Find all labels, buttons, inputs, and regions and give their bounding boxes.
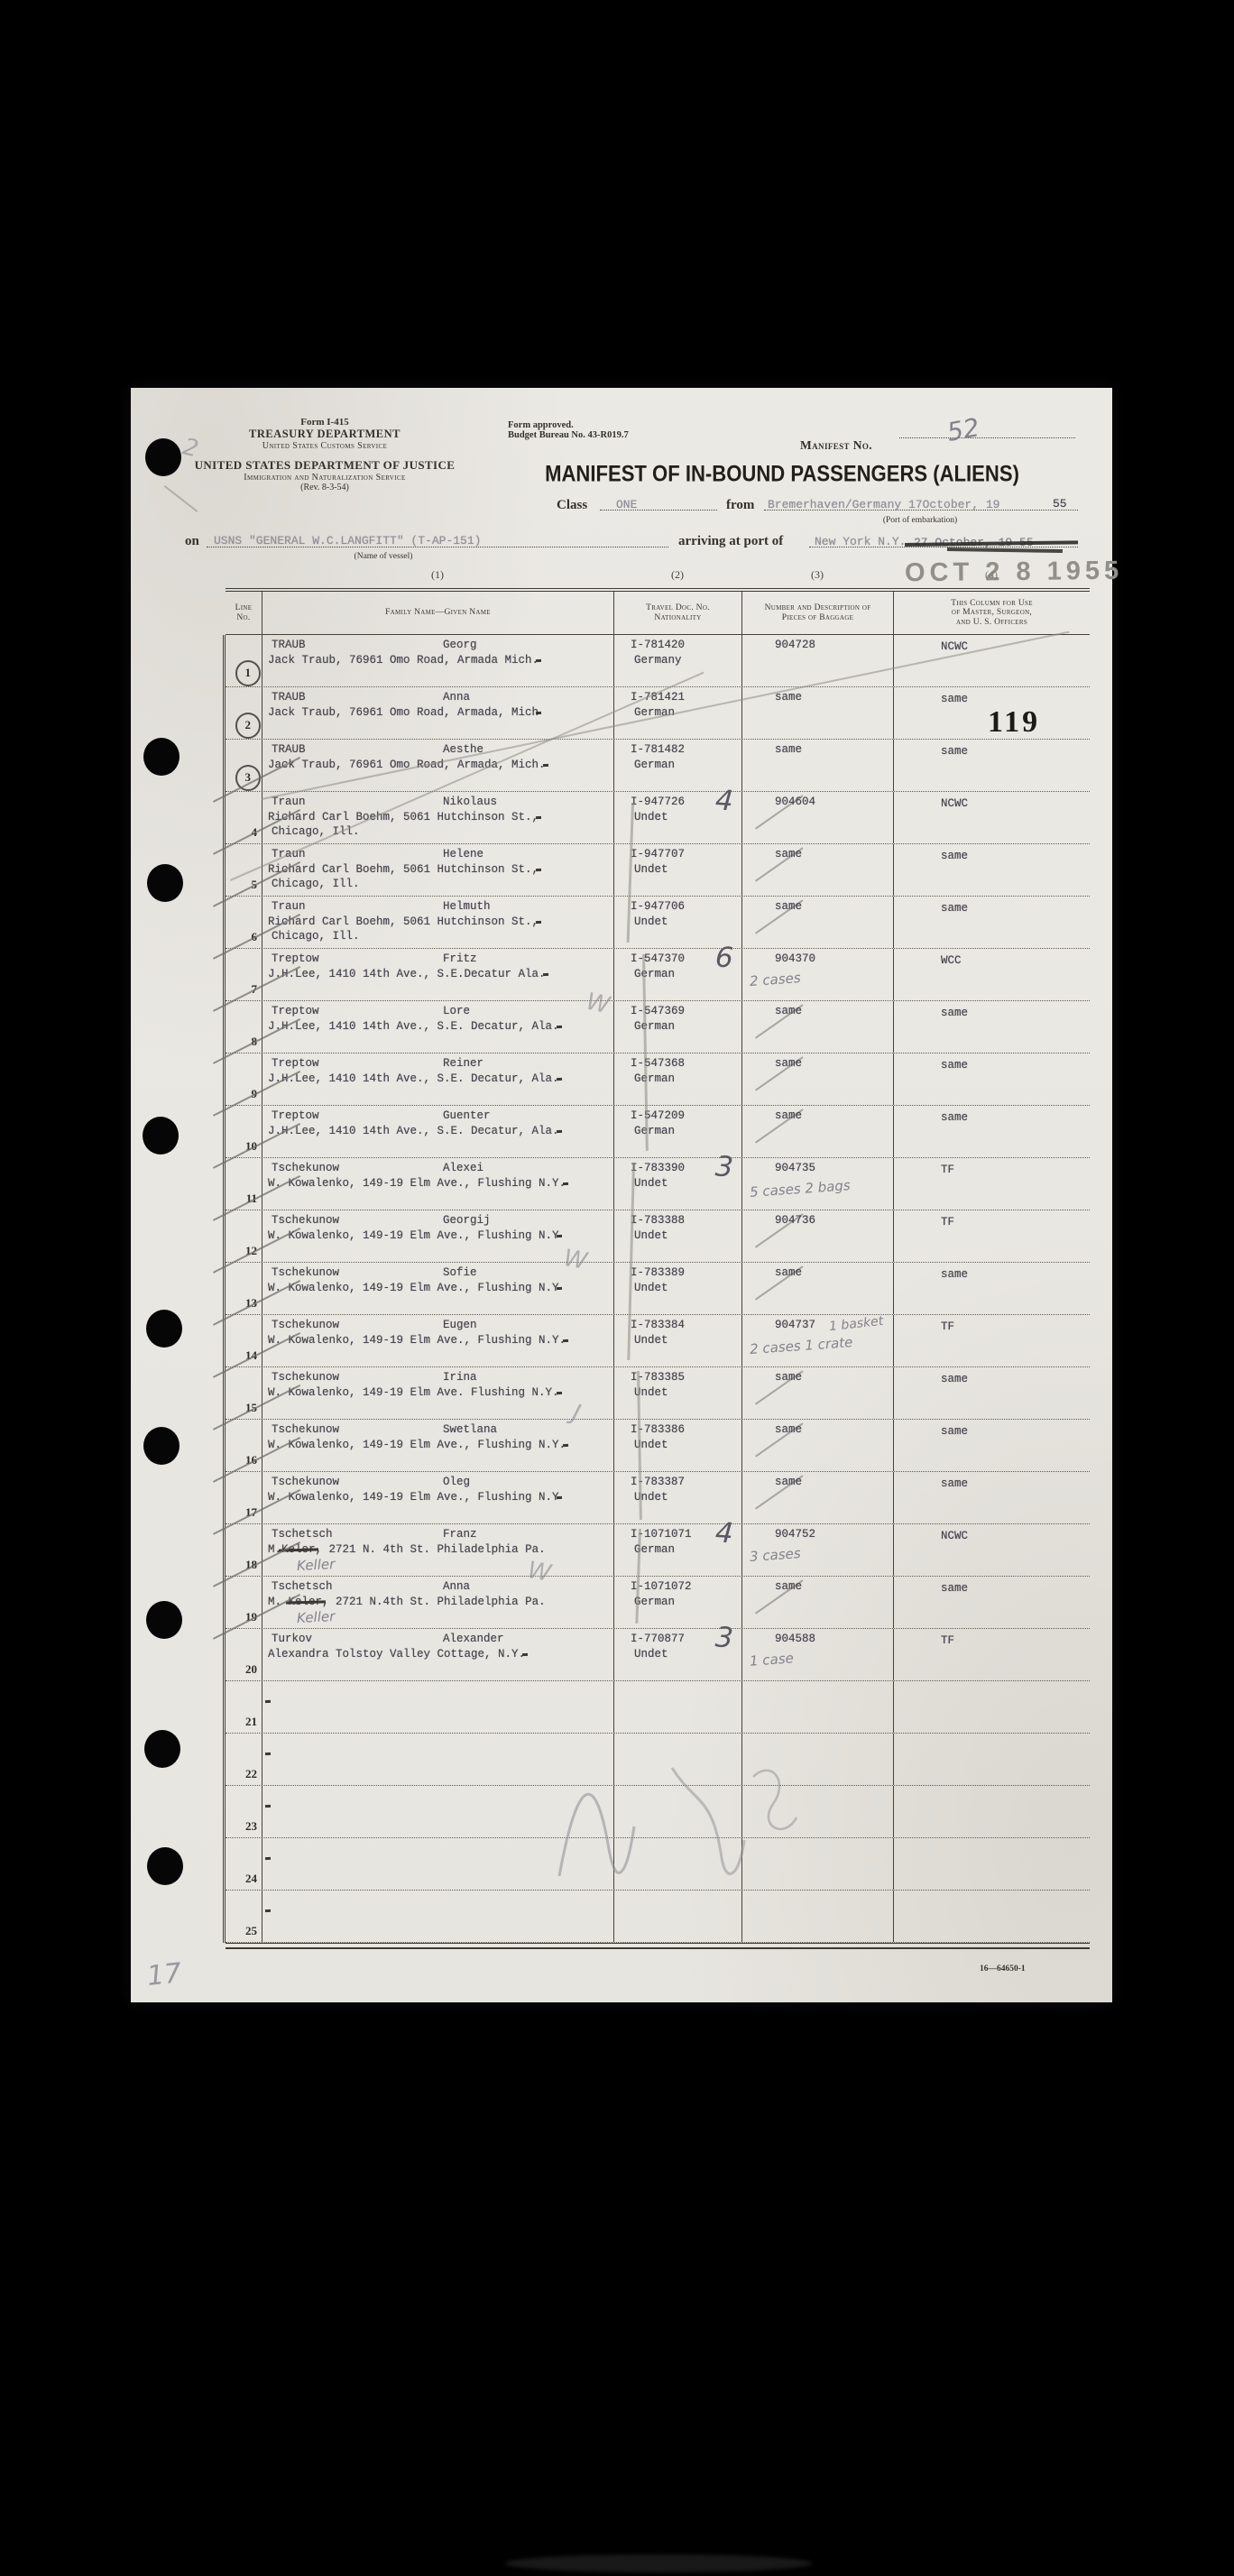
officer-code: NCWC [941, 1530, 968, 1542]
officers-cell: same [893, 740, 1090, 791]
line-no-cell: 25 [226, 1891, 262, 1942]
baggage-number: 904735 [775, 1162, 815, 1174]
sponsor-text: W. Kowalenko, 149-19 Elm Ave., Flushing … [268, 1439, 566, 1451]
travel-doc-cell: I-547369 German [613, 1001, 741, 1053]
officer-code: same [941, 1111, 968, 1124]
officer-code: WCC [941, 954, 962, 967]
travel-doc-number: I-1071072 [631, 1580, 692, 1593]
class-value: ONE [616, 498, 637, 511]
manifest-row: 2 TRAUB Anna Jack Traub, 76961 Omo Road,… [226, 687, 1090, 740]
manifest-no-label: Manifest No. [800, 438, 872, 453]
nationality: German [634, 1072, 675, 1085]
travel-doc-number: I-947726 [631, 796, 685, 808]
name-cell: Treptow Lore J.H.Lee, 1410 14th Ave., S.… [262, 1001, 613, 1053]
sponsor-address: Richard Carl Boehm, 5061 Hutchinson St., [268, 811, 539, 823]
sponsor-text: Richard Carl Boehm, 5061 Hutchinson St., [268, 863, 539, 876]
baggage-number: same [775, 1266, 802, 1279]
scanned-manifest-screenshot: { "document": { "form_number": "Form I-4… [0, 0, 1234, 2576]
line-no-cell: 19 [226, 1577, 262, 1628]
officer-code: same [941, 1059, 968, 1072]
given-name: Sofie [443, 1266, 477, 1279]
family-name: TRAUB [272, 639, 306, 651]
baggage-note-2: 1 case [749, 1650, 794, 1669]
family-name: Traun [272, 796, 306, 808]
baggage-number: same [775, 900, 802, 913]
sponsor-address: W. Kowalenko, 149-19 Elm Ave., Flushing … [268, 1439, 566, 1451]
nationality: Undet [634, 863, 668, 876]
approval-line: Budget Bureau No. 43-R019.7 [508, 430, 629, 440]
given-name: Anna [443, 1580, 470, 1593]
baggage-cell: 904370 2 cases [741, 949, 893, 1000]
baggage-number: same [775, 1476, 802, 1488]
baggage-cell: same [741, 1263, 893, 1314]
manifest-row: 15 Tschekunow Irina W. Kowalenko, 149-19… [226, 1367, 1090, 1420]
officer-code: same [941, 902, 968, 915]
officer-code: same [941, 1477, 968, 1490]
sponsor-text: J.H.Lee, 1410 14th Ave., S.E. Decatur, A… [268, 1072, 559, 1085]
officer-code: same [941, 1268, 968, 1281]
baggage-note-2: 5 cases 2 bags [750, 1177, 852, 1201]
nationality: Undet [634, 1177, 668, 1190]
handwritten-count: 4 [714, 1516, 734, 1550]
baggage-number: same [775, 1005, 802, 1017]
given-name: Franz [443, 1528, 477, 1541]
officer-code: same [941, 693, 968, 705]
officers-cell: TF [893, 1629, 1090, 1680]
officer-code: TF [941, 1320, 954, 1333]
baggage-cell: same [741, 844, 893, 896]
sponsor-address: Richard Carl Boehm, 5061 Hutchinson St., [268, 915, 539, 928]
nationality: Undet [634, 1648, 668, 1661]
sponsor-address: Jack Traub, 76961 Omo Road, Armada Mich. [268, 654, 539, 667]
sponsor-address: W. Kowalenko, 149-19 Elm Ave., Flushing … [268, 1334, 566, 1347]
manifest-row: 9 Treptow Reiner J.H.Lee, 1410 14th Ave.… [226, 1053, 1090, 1106]
approval-block: Form approved. Budget Bureau No. 43-R019… [508, 420, 629, 440]
family-name: Tschetsch [272, 1528, 333, 1541]
baggage-note: 1 basket [828, 1314, 884, 1334]
baggage-number: same [775, 1580, 802, 1593]
travel-doc-cell: I-783385 Undet [613, 1367, 741, 1419]
agency-line: TREASURY DEPARTMENT [194, 428, 456, 441]
family-name: Treptow [272, 1109, 319, 1122]
family-name: Treptow [272, 1005, 319, 1017]
line-no-cell: 12 [226, 1210, 262, 1262]
line-number: 20 [245, 1662, 257, 1677]
sponsor-address: W. Kowalenko, 149-19 Elm Ave., Flushing … [268, 1491, 559, 1504]
sponsor-text: W. Kowalenko, 149-19 Elm Ave., Flushing … [268, 1334, 566, 1347]
family-name: Tschekunow [272, 1476, 339, 1488]
handwritten-count: 3 [714, 1621, 734, 1654]
name-cell: Tschekunow Georgij W. Kowalenko, 149-19 … [262, 1210, 613, 1262]
sponsor-address: Alexandra Tolstoy Valley Cottage, N.Y. [268, 1648, 525, 1661]
sponsor-text: Richard Carl Boehm, 5061 Hutchinson St., [268, 811, 539, 823]
agency-line: Immigration and Naturalization Service [194, 473, 456, 483]
sponsor-address: W. Kowalenko, 149-19 Elm Ave. Flushing N… [268, 1386, 559, 1399]
officers-cell: same [893, 1263, 1090, 1314]
sponsor-rest-text: , 2721 N. 4th St. Philadelphia Pa. [316, 1543, 546, 1556]
name-cell: TRAUB Anna Jack Traub, 76961 Omo Road, A… [262, 687, 613, 739]
line-no-cell: 13 [226, 1263, 262, 1314]
approval-line: Form approved. [508, 420, 629, 430]
travel-doc-cell: I-783386 Undet [613, 1420, 741, 1471]
vessel-note: (Name of vessel) [239, 552, 528, 561]
officers-cell: NCWC [893, 792, 1090, 843]
manifest-row: 3 TRAUB Aesthe Jack Traub, 76961 Omo Roa… [226, 740, 1090, 792]
line-number: 2 [235, 713, 262, 739]
nationality: Germany [634, 654, 682, 667]
column-numbers: (1) (2) (3) (4) [226, 568, 1090, 588]
handwritten-count: 3 [714, 1150, 734, 1183]
sponsor-address: J.H.Lee, 1410 14th Ave., S.E. Decatur, A… [268, 1072, 559, 1085]
sponsor-text: W. Kowalenko, 149-19 Elm Ave., Flushing … [268, 1177, 566, 1190]
sponsor-text: J.H.Lee, 1410 14th Ave., S.E. Decatur, A… [268, 1125, 559, 1137]
nationality: German [634, 1020, 675, 1033]
officers-cell: same [893, 687, 1090, 739]
baggage-cell: same [741, 897, 893, 948]
line-number: 21 [245, 1715, 257, 1729]
line-no-cell: 24 [226, 1838, 262, 1890]
sponsor-address: J.H.Lee, 1410 14th Ave., S.E. Decatur, A… [268, 1020, 559, 1033]
baggage-cell: same [741, 1367, 893, 1419]
officers-cell: same [893, 1053, 1090, 1105]
given-name: Fritz [443, 952, 477, 965]
travel-doc-cell: I-783389 Undet [613, 1263, 741, 1314]
baggage-note-2: 3 cases [749, 1545, 801, 1565]
family-name: TRAUB [272, 691, 306, 704]
name-cell: Traun Helene Richard Carl Boehm, 5061 Hu… [262, 844, 613, 896]
table-header: Line No. Family Name—Given Name Travel D… [226, 588, 1090, 635]
baggage-number: 904588 [775, 1633, 815, 1645]
name-cell: Tschekunow Eugen W. Kowalenko, 149-19 El… [262, 1315, 613, 1366]
travel-doc-cell: I-783387 Undet [613, 1472, 741, 1523]
manifest-page: 2 Form I-415 TREASURY DEPARTMENT United … [131, 388, 1112, 2002]
baggage-number: same [775, 1423, 802, 1436]
column-number: (3) [741, 568, 893, 582]
manifest-row: 19 Tschetsch Anna M. Keler, 2721 N.4th S… [226, 1577, 1090, 1629]
baggage-number: same [775, 848, 802, 860]
given-name: Nikolaus [443, 796, 497, 808]
manifest-row: 6 Traun Helmuth Richard Carl Boehm, 5061… [226, 897, 1090, 949]
line-no-cell: 10 [226, 1106, 262, 1157]
manifest-row: 1 TRAUB Georg Jack Traub, 76961 Omo Road… [226, 635, 1090, 687]
punch-hole [143, 1117, 179, 1155]
baggage-number: 904604 [775, 796, 815, 808]
pencil-page-number: 17 [145, 1957, 183, 1992]
family-name: Traun [272, 900, 306, 913]
line-number: 23 [245, 1819, 257, 1834]
nationality: Undet [634, 1334, 668, 1347]
manifest-row: 17 Tschekunow Oleg W. Kowalenko, 149-19 … [226, 1472, 1090, 1524]
form-number: Form I-415 [194, 417, 456, 428]
officers-cell: same [893, 1420, 1090, 1471]
travel-doc-number: I-947706 [631, 900, 685, 913]
family-name: Tschekunow [272, 1266, 339, 1279]
given-name: Guenter [443, 1109, 491, 1122]
travel-doc-number: I-770877 [631, 1633, 685, 1645]
sponsor-text: J.H.Lee, 1410 14th Ave., S.E.Decatur Ala… [268, 968, 546, 980]
line-number: 25 [245, 1924, 257, 1938]
line-no-cell: 2 [226, 687, 262, 739]
name-cell: TRAUB Aesthe Jack Traub, 76961 Omo Road,… [262, 740, 613, 791]
travel-doc-cell: I-1071072 German [613, 1577, 741, 1628]
line-no-cell: 3 [226, 740, 262, 791]
sponsor-address: J.H.Lee, 1410 14th Ave., S.E. Decatur, A… [268, 1125, 559, 1137]
manifest-row: 11 Tschekunow Alexei W. Kowalenko, 149-1… [226, 1158, 1090, 1210]
line-no-cell: 11 [226, 1158, 262, 1210]
given-name: Georg [443, 639, 477, 651]
agency-line: United States Customs Service [194, 441, 456, 451]
travel-doc-number: I-547368 [631, 1057, 685, 1070]
given-name: Oleg [443, 1476, 470, 1488]
sponsor-address: Jack Traub, 76961 Omo Road, Armada, Mich [268, 706, 539, 719]
officers-cell: same [893, 1106, 1090, 1157]
travel-doc-cell: I-547370 German 6 [613, 949, 741, 1000]
from-label: from [726, 498, 754, 513]
name-cell: Tschekunow Swetlana W. Kowalenko, 149-19… [262, 1420, 613, 1471]
line-no-cell: 20 [226, 1629, 262, 1680]
nationality: Undet [634, 811, 668, 823]
sponsor-text: W. Kowalenko, 149-19 Elm Ave., Flushing … [268, 1491, 559, 1504]
manifest-row: 16 Tschekunow Swetlana W. Kowalenko, 149… [226, 1420, 1090, 1472]
given-name: Irina [443, 1371, 477, 1384]
name-cell: Tschekunow Alexei W. Kowalenko, 149-19 E… [262, 1158, 613, 1210]
agency-line: UNITED STATES DEPARTMENT OF JUSTICE [194, 458, 456, 473]
manifest-row: 21 [226, 1681, 1090, 1734]
handwritten-correction: Keller [297, 1556, 336, 1574]
column-number: (1) [262, 568, 613, 582]
baggage-cell: same [741, 1577, 893, 1628]
manifest-row: 4 Traun Nikolaus Richard Carl Boehm, 506… [226, 792, 1090, 844]
officers-cell [893, 1838, 1090, 1890]
officer-code: same [941, 1373, 968, 1385]
line-no-cell: 23 [226, 1786, 262, 1837]
manifest-row: 13 Tschekunow Sofie W. Kowalenko, 149-19… [226, 1263, 1090, 1315]
family-name: Treptow [272, 1057, 319, 1070]
line-no-cell: 9 [226, 1053, 262, 1105]
line-no-cell: 5 [226, 844, 262, 896]
nationality: German [634, 759, 675, 771]
travel-doc-number: I-947707 [631, 848, 685, 860]
travel-doc-cell: I-547368 German [613, 1053, 741, 1105]
name-cell: Tschetsch Anna M. Keler, 2721 N.4th St. … [262, 1577, 613, 1628]
officer-code: same [941, 1582, 968, 1595]
nationality: German [634, 1596, 675, 1608]
handwritten-count: 6 [714, 941, 734, 974]
officers-cell: WCC [893, 949, 1090, 1000]
given-name: Lore [443, 1005, 470, 1017]
officer-code: same [941, 1425, 968, 1438]
sponsor-text: Alexandra Tolstoy Valley Cottage, N.Y. [268, 1648, 525, 1661]
header-line-no: Line No. [226, 592, 262, 634]
line-no-cell: 8 [226, 1001, 262, 1053]
from-year: 55 [1053, 497, 1067, 511]
nationality: German [634, 1125, 675, 1137]
arriving-label: arriving at port of [678, 534, 783, 549]
sponsor-text: W. Kowalenko, 149-19 Elm Ave., Flushing … [268, 1229, 559, 1242]
travel-doc-cell [613, 1681, 741, 1733]
sponsor-address: W. Kowalenko, 149-19 Elm Ave., Flushing … [268, 1282, 559, 1294]
name-cell: Traun Helmuth Richard Carl Boehm, 5061 H… [262, 897, 613, 948]
given-name: Reiner [443, 1057, 483, 1070]
baggage-cell: 904604 [741, 792, 893, 843]
punch-hole [145, 438, 181, 476]
strike-line [947, 547, 1063, 553]
officer-code: same [941, 850, 968, 862]
class-label: Class [557, 498, 587, 513]
port-value: New York N.Y. [815, 535, 906, 548]
on-label: on [185, 534, 199, 549]
line-number: 1 [235, 660, 262, 686]
manifest-no-value: 52 [944, 412, 981, 447]
family-name: Tschekunow [272, 1319, 339, 1331]
travel-doc-number: I-783389 [631, 1266, 685, 1279]
officers-cell: TF [893, 1158, 1090, 1210]
handwritten-correction: Keller [297, 1608, 336, 1626]
name-cell: Traun Nikolaus Richard Carl Boehm, 5061 … [262, 792, 613, 843]
travel-doc-number: I-547369 [631, 1005, 685, 1017]
sponsor-text: W. Kowalenko, 149-19 Elm Ave. Flushing N… [268, 1386, 559, 1399]
footer-form-code: 16—64650-1 [980, 1964, 1026, 1973]
travel-doc-cell: I-947706 Undet [613, 897, 741, 948]
family-name: Tschetsch [272, 1580, 333, 1593]
given-name: Eugen [443, 1319, 477, 1331]
travel-doc-cell: I-1071071 German 4 [613, 1524, 741, 1576]
baggage-number: 904370 [775, 952, 815, 965]
nationality: Undet [634, 1282, 668, 1294]
line-no-cell: 15 [226, 1367, 262, 1419]
travel-doc-cell: I-783384 Undet [613, 1315, 741, 1366]
baggage-cell: same [741, 1106, 893, 1157]
sponsor-text: J.H.Lee, 1410 14th Ave., S.E. Decatur, A… [268, 1020, 559, 1033]
name-cell [262, 1681, 613, 1733]
line-no-cell: 21 [226, 1681, 262, 1733]
punch-hole [144, 1730, 180, 1768]
sponsor-text: Jack Traub, 76961 Omo Road, Armada, Mich [268, 706, 539, 719]
family-name: Tschekunow [272, 1162, 339, 1174]
travel-doc-number: I-547370 [631, 952, 685, 965]
officer-code: NCWC [941, 640, 968, 653]
officers-cell: same [893, 1472, 1090, 1523]
family-name: Treptow [272, 952, 319, 965]
baggage-number: same [775, 1371, 802, 1384]
sponsor-address: W. Kowalenko, 149-19 Elm Ave., Flushing … [268, 1177, 566, 1190]
punch-hole [143, 738, 180, 776]
officer-code: TF [941, 1634, 954, 1647]
officers-cell [893, 1891, 1090, 1942]
family-name: TRAUB [272, 743, 306, 756]
pencil-squiggle: W [562, 1245, 590, 1275]
header-officers: This Column for Use of Master, Surgeon, … [893, 592, 1090, 634]
officer-code: TF [941, 1216, 954, 1228]
name-cell: Treptow Reiner J.H.Lee, 1410 14th Ave., … [262, 1053, 613, 1105]
page-title: MANIFEST OF IN-BOUND PASSENGERS (ALIENS) [545, 461, 1019, 487]
officers-cell: TF [893, 1210, 1090, 1262]
manifest-row: 8 Treptow Lore J.H.Lee, 1410 14th Ave., … [226, 1001, 1090, 1053]
baggage-cell: same [741, 1420, 893, 1471]
manifest-row: 20 Turkov Alexander Alexandra Tolstoy Va… [226, 1629, 1090, 1681]
officer-code: same [941, 745, 968, 758]
given-name: Anna [443, 691, 470, 704]
baggage-cell: same [741, 740, 893, 791]
travel-doc-cell: I-781482 German [613, 740, 741, 791]
officer-code: same [941, 1007, 968, 1019]
header-doc: Travel Doc. No. Nationality [613, 592, 741, 634]
baggage-cell: same [741, 1472, 893, 1523]
line-number: 22 [245, 1767, 257, 1781]
officers-cell: same [893, 1367, 1090, 1419]
sponsor-text: Richard Carl Boehm, 5061 Hutchinson St., [268, 915, 539, 928]
manifest-row: 7 Treptow Fritz J.H.Lee, 1410 14th Ave.,… [226, 949, 1090, 1001]
officers-cell [893, 1681, 1090, 1733]
scan-smudge [505, 2554, 812, 2572]
sponsor-address: M. Keler, 2721 N.4th St. Philadelphia Pa… [268, 1596, 546, 1608]
officers-cell: NCWC [893, 1524, 1090, 1576]
punch-hole [146, 1601, 182, 1639]
handwritten-count: 4 [714, 784, 734, 817]
baggage-number: 904752 [775, 1528, 815, 1541]
header-name: Family Name—Given Name [262, 592, 613, 634]
travel-doc-cell: I-781420 Germany [613, 635, 741, 686]
header-baggage: Number and Description of Pieces of Bagg… [741, 592, 893, 634]
from-value: Bremerhaven/Germany 17October, 19 [768, 498, 999, 511]
officers-cell: same [893, 1001, 1090, 1053]
line-no-cell: 18 [226, 1524, 262, 1576]
baggage-cell: 904588 1 case [741, 1629, 893, 1680]
given-name: Swetlana [443, 1423, 497, 1436]
sponsor-address-line2: Chicago, Ill. [272, 930, 360, 943]
baggage-number: 904736 [775, 1214, 815, 1227]
line-no-cell: 22 [226, 1734, 262, 1785]
pencil-scribble-stroke [164, 485, 198, 512]
table-bottom-rule [226, 1943, 1090, 1949]
manifest-row: 12 Tschekunow Georgij W. Kowalenko, 149-… [226, 1210, 1090, 1263]
nationality: German [634, 968, 675, 980]
sponsor-text: Jack Traub, 76961 Omo Road, Armada Mich. [268, 654, 539, 667]
given-name: Helene [443, 848, 483, 860]
officers-cell [893, 1786, 1090, 1837]
baggage-cell [741, 1681, 893, 1733]
name-cell: Tschekunow Irina W. Kowalenko, 149-19 El… [262, 1367, 613, 1419]
name-cell: Turkov Alexander Alexandra Tolstoy Valle… [262, 1629, 613, 1680]
travel-doc-number: I-783390 [631, 1162, 685, 1174]
travel-doc-number: I-783384 [631, 1319, 685, 1331]
manifest-row: 18 Tschetsch Franz M.Keler, 2721 N. 4th … [226, 1524, 1090, 1577]
travel-doc-cell: I-947707 Undet [613, 844, 741, 896]
manifest-row: 5 Traun Helene Richard Carl Boehm, 5061 … [226, 844, 1090, 897]
travel-doc-number: I-783388 [631, 1214, 685, 1227]
punch-hole [146, 1310, 182, 1348]
baggage-note-2: 2 cases [749, 970, 801, 989]
name-cell: Tschekunow Sofie W. Kowalenko, 149-19 El… [262, 1263, 613, 1314]
line-no-cell: 6 [226, 897, 262, 948]
pencil-scribble-large [528, 1741, 825, 1903]
sponsor-rest-text: , 2721 N.4th St. Philadelphia Pa. [322, 1596, 546, 1608]
family-name: Turkov [272, 1633, 312, 1645]
name-cell: Tschetsch Franz M.Keler, 2721 N. 4th St.… [262, 1524, 613, 1576]
line-no-cell: 17 [226, 1472, 262, 1523]
baggage-cell: 904752 3 cases [741, 1524, 893, 1576]
vessel-value: USNS "GENERAL W.C.LANGFITT" (T-AP-151) [214, 534, 481, 547]
nationality: Undet [634, 1229, 668, 1242]
officer-code: TF [941, 1164, 954, 1176]
embark-note: (Port of embarkation) [762, 516, 1078, 525]
punch-hole [147, 864, 183, 902]
line-no-cell: 7 [226, 949, 262, 1000]
manifest-no-blank [899, 437, 1075, 438]
baggage-cell: 904728 [741, 635, 893, 686]
revision-note: (Rev. 8-3-54) [194, 483, 456, 492]
travel-doc-cell: I-770877 Undet 3 [613, 1629, 741, 1680]
